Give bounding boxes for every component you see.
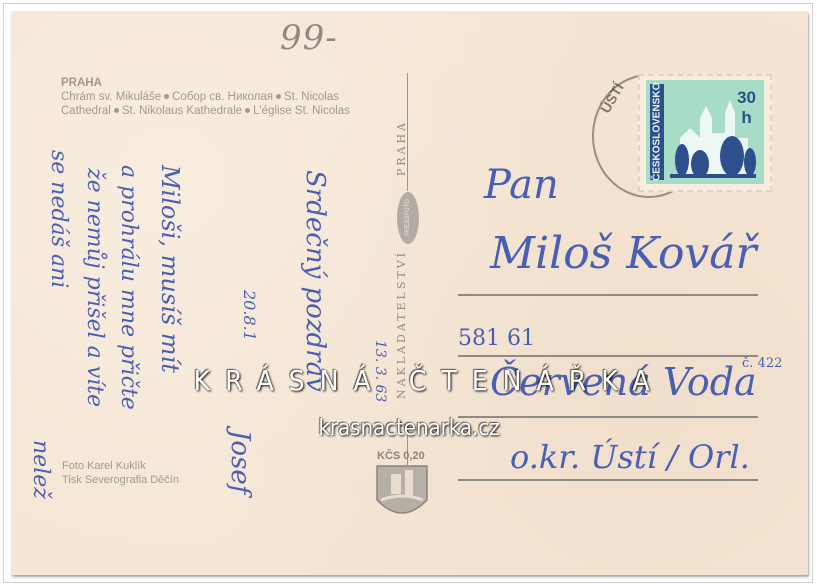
watermark-title: KRÁSNÁ ČTENÁŘKA	[0, 364, 818, 397]
charity-mark: KČS 0,20	[357, 450, 447, 530]
photo-credit: Foto Karel Kuklík	[62, 459, 179, 473]
address-line	[458, 479, 758, 481]
caption: PRAHA Chrám sv. MikulášeСобор св. Никола…	[61, 76, 361, 118]
charity-mark-value: KČS 0,20	[377, 450, 425, 462]
stamp-value-unit: h	[737, 108, 756, 128]
print-credit: Tisk Severografia Děčín	[62, 473, 179, 487]
watermark-url: krasnactenarka.cz	[0, 416, 818, 441]
stamp-value-number: 30	[737, 88, 756, 108]
caption-line: L'église St. Nicolas	[253, 105, 350, 117]
print-credits: Foto Karel Kuklík Tisk Severografia Děčí…	[62, 459, 179, 487]
castle-emblem-icon	[371, 464, 433, 526]
caption-city: PRAHA	[61, 76, 361, 90]
bullet-icon	[245, 108, 250, 113]
greeting: Srdečný pozdrav	[300, 170, 330, 392]
message-line: nelež	[28, 440, 53, 499]
address-district: o.kr. Ústí / Orl.	[510, 438, 750, 476]
message-line: Miloši, musíš mít	[156, 165, 184, 373]
address-salutation: Pan	[484, 162, 559, 208]
address-line	[458, 355, 758, 357]
bullet-icon	[164, 94, 169, 99]
caption-line: Chrám sv. Mikuláše	[61, 91, 161, 103]
pencil-note: 99-	[280, 18, 338, 58]
postage-stamp: ČESKOSLOVENSKO 30 h	[638, 74, 772, 192]
stamp-value: 30 h	[737, 88, 756, 128]
bullet-icon	[276, 94, 281, 99]
stamp-country: ČESKOSLOVENSKO	[650, 84, 664, 180]
address-line	[458, 294, 758, 296]
publisher-city: PRAHA	[395, 120, 408, 176]
stamp-image: ČESKOSLOVENSKO 30 h	[646, 80, 764, 184]
date-prefix: 20.8.1	[240, 290, 259, 341]
address-postcode: 581 61	[458, 326, 535, 351]
pressfoto-logo: PRESSFOTO	[397, 192, 419, 244]
caption-line: St. Nikolaus Kathedrale	[122, 105, 242, 117]
caption-line: Собор св. Николая	[172, 91, 273, 103]
bullet-icon	[114, 108, 119, 113]
message-line: se nedáš ani	[46, 150, 71, 288]
address-name: Miloš Kovář	[490, 228, 757, 279]
